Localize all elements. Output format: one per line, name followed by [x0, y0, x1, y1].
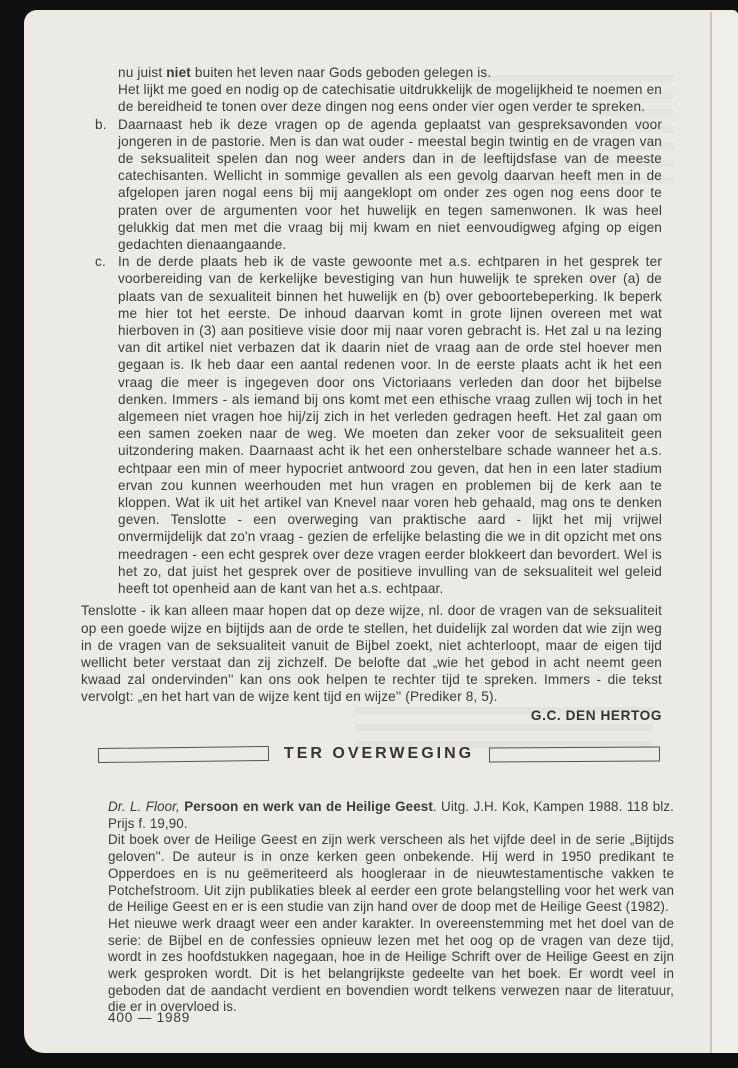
list-item-text: Daarnaast heb ik deze vragen op de agend…: [118, 117, 662, 252]
list-item-text: In de derde plaats heb ik de vaste gewoo…: [118, 254, 662, 596]
review-paragraph: Dit boek over de Heilige Geest en zijn w…: [108, 832, 674, 916]
scanned-page: nu juist niet buiten het leven naar Gods…: [24, 10, 738, 1053]
review-reference: Dr. L. Floor, Persoon en werk van de Hei…: [108, 799, 674, 832]
section-title: TER OVERWEGING: [282, 745, 476, 763]
book-review: Dr. L. Floor, Persoon en werk van de Hei…: [108, 799, 674, 1016]
scan-background: { "colors": { "page_background": "#eceae…: [0, 0, 738, 1068]
author-signature: G.C. DEN HERTOG: [81, 707, 662, 724]
article-intro-paragraph: nu juist niet buiten het leven naar Gods…: [81, 64, 662, 116]
list-item: b. Daarnaast heb ik deze vragen op de ag…: [81, 116, 662, 254]
list-item-label: b.: [95, 116, 107, 133]
list-item: c. In de derde plaats heb ik de vaste ge…: [81, 253, 662, 597]
review-paragraph: Het nieuwe werk draagt weer een ander ka…: [108, 916, 674, 1016]
page-edge-line: [710, 12, 738, 1053]
page-number: 400 — 1989: [108, 1010, 190, 1025]
article-closing-paragraph: Tenslotte - ik kan alleen maar hopen dat…: [81, 602, 662, 705]
header-rule-box-right: [489, 746, 660, 762]
section-header: TER OVERWEGING: [98, 745, 660, 763]
header-rule-box-left: [98, 745, 269, 762]
article-body: nu juist niet buiten het leven naar Gods…: [81, 64, 662, 724]
list-item-label: c.: [95, 253, 106, 270]
